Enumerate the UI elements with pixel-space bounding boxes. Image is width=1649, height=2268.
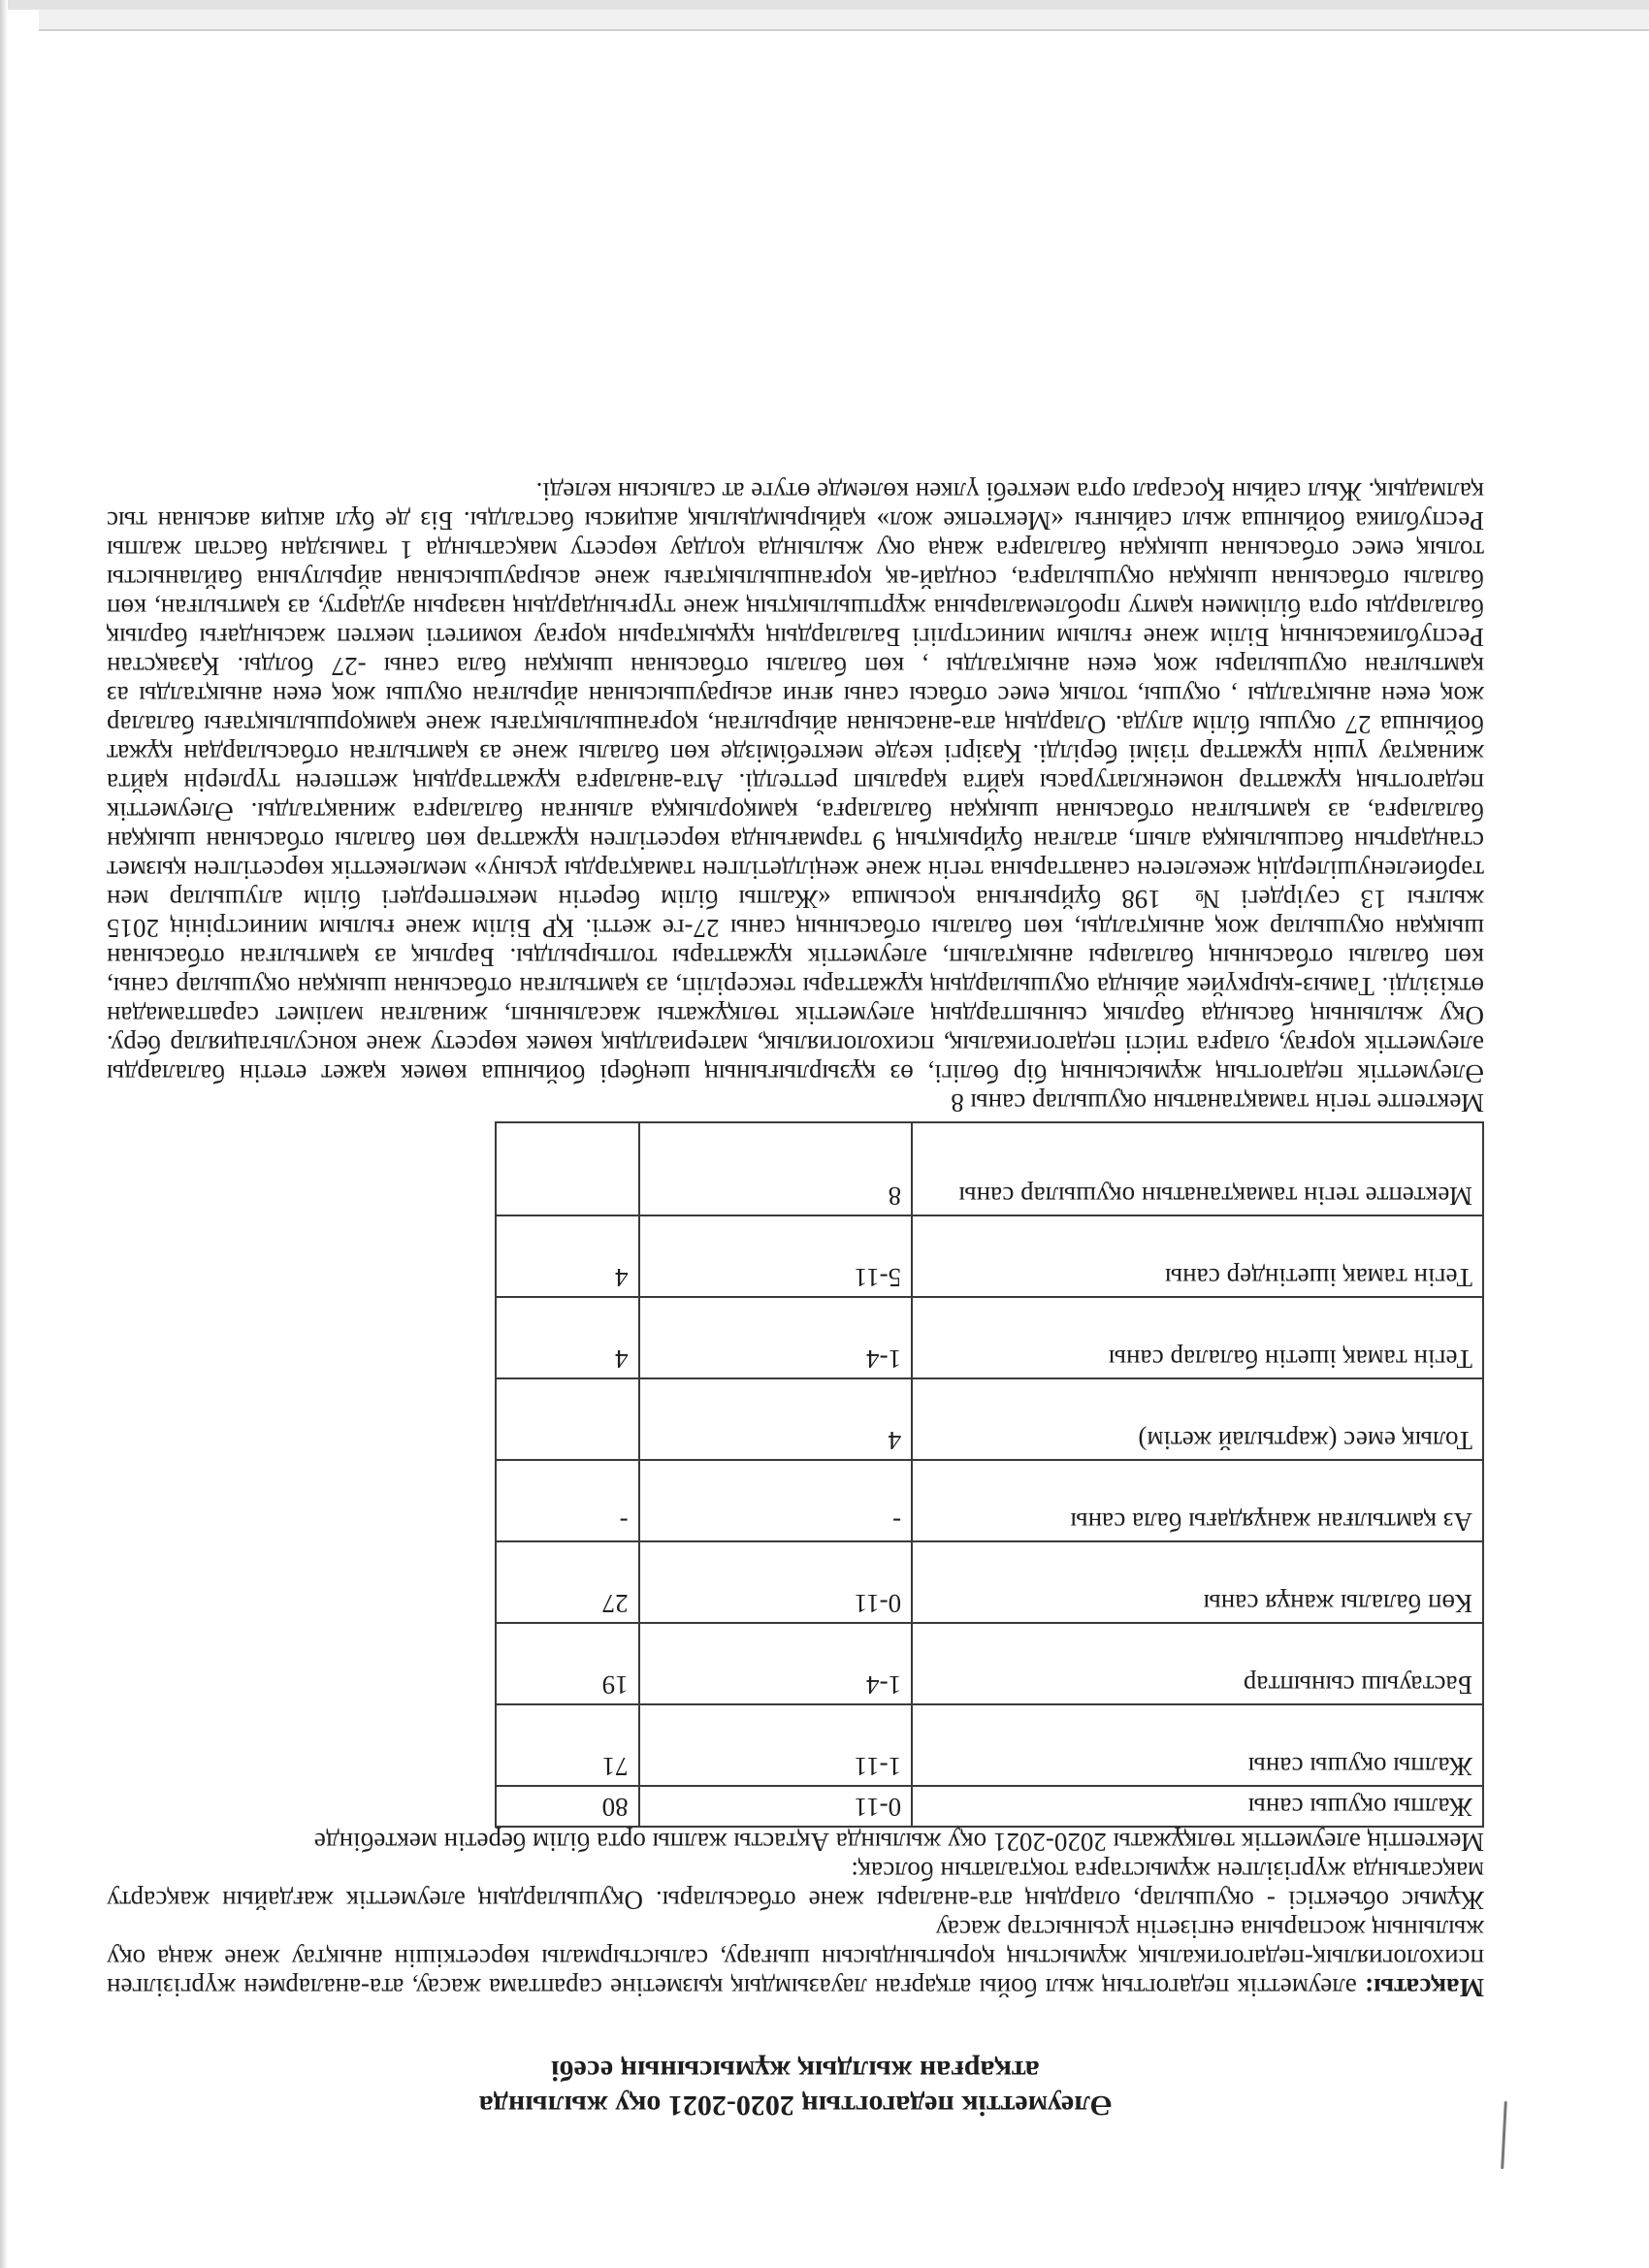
table-cell-label: Аз қамтылған жанұядағы бала саны (912, 1460, 1483, 1541)
table-cell-range: 8 (639, 1122, 913, 1215)
summary-intro: Мектептің әлеуметтік төлқұжаты 2020-2021… (107, 1828, 1484, 1857)
scanned-page: Әлеуметтік педагогтың 2020-2021 оқу жылы… (0, 0, 1649, 2268)
table-row: Толық емес (жартылай жетім)4 (496, 1378, 1483, 1460)
goal-label: Мақсаты: (1365, 1973, 1484, 2002)
goal-paragraph: Мақсаты: әлеуметтік педагогтың жыл бойы … (107, 1915, 1484, 2002)
document-title: Әлеуметтік педагогтың 2020-2021 оқу жылы… (107, 2053, 1484, 2122)
work-object-paragraph: Жұмыс объектісі - оқушылар, олардың ата-… (107, 1857, 1484, 1915)
table-row: Бастауыш сыныптар1-419 (496, 1623, 1483, 1704)
social-passport-table: Жалпы оқушы саны0-1180Жалпы оқушы саны1-… (495, 1121, 1484, 1828)
table-row: Аз қамтылған жанұядағы бала саны-- (496, 1460, 1483, 1541)
table-cell-range: - (639, 1460, 913, 1541)
underlying-sheet-edge (0, 0, 1649, 10)
title-line-1: Әлеуметтік педагогтың 2020-2021 оқу жылы… (107, 2088, 1484, 2122)
table-cell-range: 0-11 (639, 1541, 913, 1623)
table-cell-range: 5-11 (639, 1215, 913, 1297)
table-row: Тегін тамақ ішетіндер саны5-114 (496, 1215, 1483, 1297)
table-cell-count: 71 (496, 1704, 639, 1786)
table-cell-range: 4 (639, 1378, 913, 1460)
table-cell-range: 1-4 (639, 1623, 913, 1704)
document-page: Әлеуметтік педагогтың 2020-2021 оқу жылы… (0, 27, 1649, 2268)
table-cell-label: Көп балалы жанұя саны (912, 1541, 1483, 1623)
table-cell-range: 1-4 (639, 1297, 913, 1378)
table-cell-range: 0-11 (639, 1786, 913, 1827)
table-row: Көп балалы жанұя саны0-1127 (496, 1541, 1483, 1623)
table-cell-count (496, 1378, 639, 1460)
table-cell-label: Толық емес (жартылай жетім) (912, 1378, 1483, 1460)
table-cell-count: - (496, 1460, 639, 1541)
table-row: Жалпы оқушы саны0-1180 (496, 1786, 1483, 1827)
table-cell-count (496, 1122, 639, 1215)
table-cell-label: Бастауыш сыныптар (912, 1623, 1483, 1704)
table-row: Мектепте тегін тамақтанатын оқушылар сан… (496, 1122, 1483, 1215)
table-cell-label: Мектепте тегін тамақтанатын оқушылар сан… (912, 1122, 1483, 1215)
table-cell-label: Тегін тамақ ішетіндер саны (912, 1215, 1483, 1297)
title-line-2: атқарған жылдық жұмысының есебі (107, 2053, 1484, 2088)
table-row: Жалпы оқушы саны1-1171 (496, 1704, 1483, 1786)
table-cell-count: 4 (496, 1215, 639, 1297)
table-cell-count: 19 (496, 1623, 639, 1704)
document-content: Әлеуметтік педагогтың 2020-2021 оқу жылы… (107, 477, 1484, 2122)
staple-mark (1501, 2101, 1507, 2169)
goal-text: әлеуметтік педагогтың жыл бойы атқарған … (107, 1915, 1484, 2002)
free-meal-summary: Мектепте тегін тамақтанатын оқушылар сан… (107, 1088, 1484, 1118)
table-cell-range: 1-11 (639, 1704, 913, 1786)
report-body-paragraph: Әлеуметтік педагогтың жұмысының бір бөлі… (107, 477, 1484, 1088)
table-row: Тегін тамақ ішетін балалар саны1-44 (496, 1297, 1483, 1378)
page-edge-shadow (0, 0, 8, 2268)
table-cell-label: Тегін тамақ ішетін балалар саны (912, 1297, 1483, 1378)
table-cell-label: Жалпы оқушы саны (912, 1786, 1483, 1827)
table-cell-count: 80 (496, 1786, 639, 1827)
table-cell-count: 4 (496, 1297, 639, 1378)
table-cell-count: 27 (496, 1541, 639, 1623)
table-cell-label: Жалпы оқушы саны (912, 1704, 1483, 1786)
